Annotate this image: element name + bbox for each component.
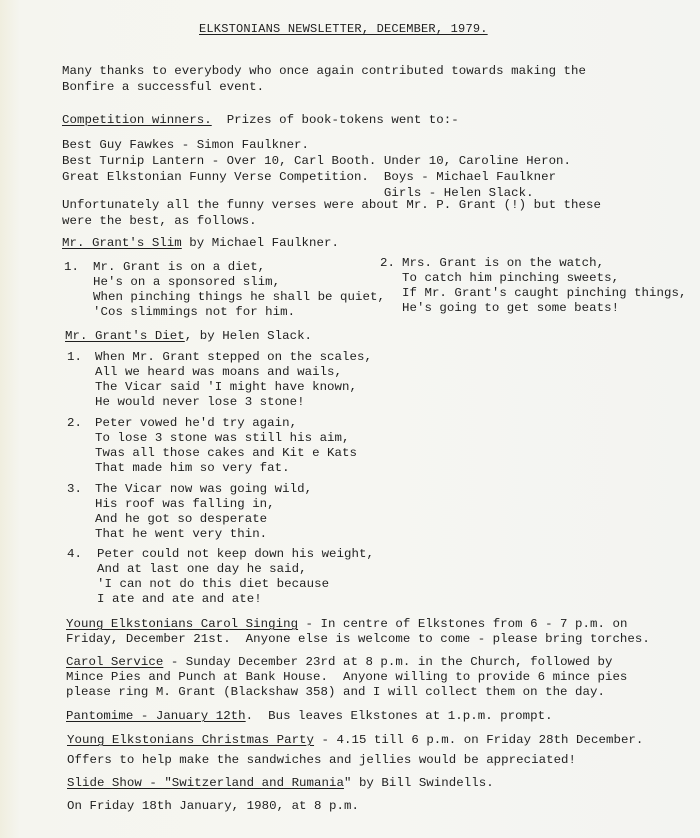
carol-service-heading: Carol Service	[66, 655, 163, 669]
diet-verse-3-line-2: His roof was falling in,	[95, 497, 275, 512]
carol-singing-line-1: Young Elkstonians Carol Singing - In cen…	[66, 617, 627, 632]
slim-verse-1-line-3: When pinching things he shall be quiet,	[93, 290, 385, 305]
slide-show-line-1: Slide Show - "Switzerland and Rumania" b…	[67, 776, 494, 791]
diet-verse-1-line-4: He would never lose 3 stone!	[95, 395, 305, 410]
party-heading: Young Elkstonians Christmas Party	[67, 733, 314, 747]
slim-verse-1-line-1: Mr. Grant is on a diet,	[93, 260, 265, 275]
diet-verse-3-line-1: The Vicar now was going wild,	[95, 482, 312, 497]
newsletter-page: ELKSTONIANS NEWSLETTER, DECEMBER, 1979. …	[0, 0, 700, 838]
carol-service-line-2: Mince Pies and Punch at Bank House. Anyo…	[66, 670, 627, 685]
diet-verse-2-line-4: That made him so very fat.	[95, 461, 290, 476]
pantomime-line: Pantomime - January 12th. Bus leaves Elk…	[66, 709, 553, 724]
diet-verse-4-line-1: Peter could not keep down his weight,	[97, 547, 374, 562]
slim-verse-1-line-4: 'Cos slimmings not for him.	[93, 305, 295, 320]
slim-heading-line: Mr. Grant's Slim by Michael Faulkner.	[62, 236, 339, 251]
competition-heading-rest: Prizes of book-tokens went to:-	[212, 113, 459, 127]
carol-service-details: - Sunday December 23rd at 8 p.m. in the …	[163, 655, 612, 669]
competition-heading-line: Competition winners. Prizes of book-toke…	[62, 113, 459, 128]
diet-verse-4-line-4: I ate and ate and ate!	[97, 592, 262, 607]
carol-singing-line-2: Friday, December 21st. Anyone else is we…	[66, 632, 650, 647]
carol-singing-heading: Young Elkstonians Carol Singing	[66, 617, 298, 631]
slim-verse-2-line-1: Mrs. Grant is on the watch,	[402, 256, 604, 271]
diet-verse-4-line-2: And at last one day he said,	[97, 562, 307, 577]
diet-author: , by Helen Slack.	[185, 329, 312, 343]
competition-heading: Competition winners.	[62, 113, 212, 127]
diet-verse-4-line-3: 'I can not do this diet because	[97, 577, 329, 592]
diet-verse-1-number: 1.	[67, 350, 82, 365]
slide-show-heading: Slide Show - "Switzerland and Rumania	[67, 776, 344, 790]
slim-verse-2-line-2: To catch him pinching sweets,	[402, 271, 619, 286]
diet-verse-1-line-1: When Mr. Grant stepped on the scales,	[95, 350, 372, 365]
competition-line-1: Best Guy Fawkes - Simon Faulkner.	[62, 138, 309, 153]
diet-verse-4-number: 4.	[67, 547, 82, 562]
slide-show-line-2: On Friday 18th January, 1980, at 8 p.m.	[67, 799, 359, 814]
slim-verse-1-number: 1.	[64, 260, 79, 275]
newsletter-title: ELKSTONIANS NEWSLETTER, DECEMBER, 1979.	[199, 22, 488, 37]
diet-verse-3-number: 3.	[67, 482, 82, 497]
party-line-2: Offers to help make the sandwiches and j…	[67, 753, 576, 768]
slide-show-details: " by Bill Swindells.	[344, 776, 494, 790]
carol-singing-details: - In centre of Elkstones from 6 - 7 p.m.…	[298, 617, 627, 631]
intro-line-2: Bonfire a successful event.	[62, 80, 264, 95]
competition-line-3: Great Elkstonian Funny Verse Competition…	[62, 170, 556, 185]
party-line-1: Young Elkstonians Christmas Party - 4.15…	[67, 733, 643, 748]
diet-verse-1-line-3: The Vicar said 'I might have known,	[95, 380, 357, 395]
slim-verse-1-line-2: He's on a sponsored slim,	[93, 275, 280, 290]
diet-verse-1-line-2: All we heard was moans and wails,	[95, 365, 342, 380]
pantomime-heading: Pantomime - January 12th	[66, 709, 246, 723]
diet-verse-2-line-3: Twas all those cakes and Kit e Kats	[95, 446, 357, 461]
party-details: - 4.15 till 6 p.m. on Friday 28th Decemb…	[314, 733, 643, 747]
intro-line-1: Many thanks to everybody who once again …	[62, 64, 586, 79]
verse-note-line-1: Unfortunately all the funny verses were …	[62, 198, 601, 213]
diet-heading: Mr. Grant's Diet	[65, 329, 185, 343]
slim-verse-2-line-3: If Mr. Grant's caught pinching things,	[402, 286, 686, 301]
diet-verse-2-line-1: Peter vowed he'd try again,	[95, 416, 297, 431]
competition-line-2: Best Turnip Lantern - Over 10, Carl Boot…	[62, 154, 571, 169]
carol-service-line-1: Carol Service - Sunday December 23rd at …	[66, 655, 612, 670]
diet-verse-3-line-4: That he went very thin.	[95, 527, 267, 542]
carol-service-line-3: please ring M. Grant (Blackshaw 358) and…	[66, 685, 605, 700]
diet-verse-2-line-2: To lose 3 stone was still his aim,	[95, 431, 350, 446]
slim-author: by Michael Faulkner.	[182, 236, 339, 250]
slim-verse-2-line-4: He's going to get some beats!	[402, 301, 619, 316]
pantomime-details: . Bus leaves Elkstones at 1.p.m. prompt.	[246, 709, 553, 723]
verse-note-line-2: were the best, as follows.	[62, 214, 257, 229]
diet-verse-2-number: 2.	[67, 416, 82, 431]
diet-heading-line: Mr. Grant's Diet, by Helen Slack.	[65, 329, 312, 344]
diet-verse-3-line-3: And he got so desperate	[95, 512, 267, 527]
slim-verse-2-number: 2.	[380, 256, 395, 271]
slim-heading: Mr. Grant's Slim	[62, 236, 182, 250]
